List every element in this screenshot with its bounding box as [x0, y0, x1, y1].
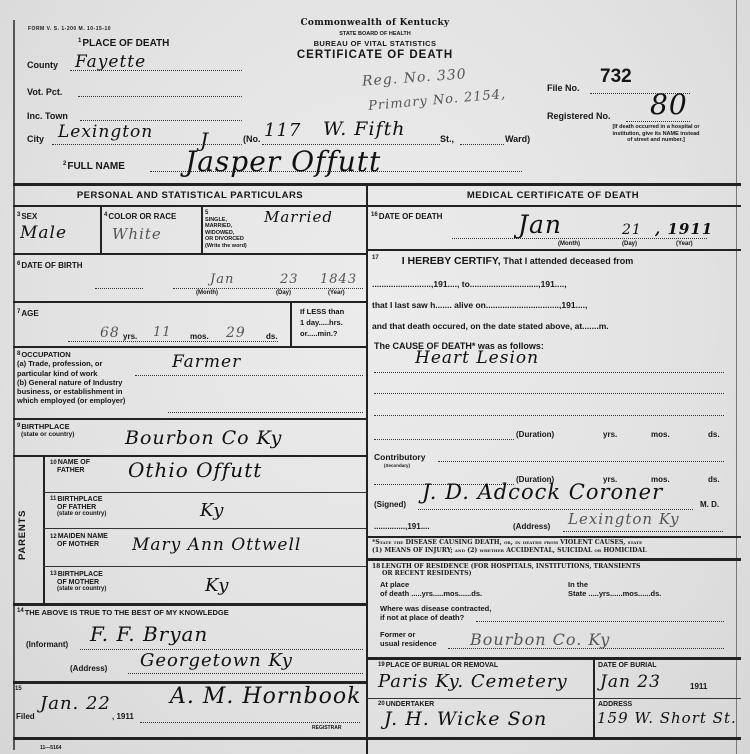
dob-day-label: (Day) — [276, 290, 291, 296]
place-of-death-heading: 1PLACE OF DEATH — [78, 38, 169, 49]
residence-title: 18LENGTH OF RESIDENCE (FOR HOSPITALS, IN… — [372, 563, 641, 577]
county-label: County — [27, 60, 58, 70]
parents-divider-2 — [43, 528, 366, 529]
registrar-label: REGISTRAR — [312, 725, 341, 731]
file-no-value: 732 — [600, 66, 632, 88]
contributory-label: Contributory — [374, 452, 425, 462]
informant-address-label: (Address) — [70, 664, 107, 673]
age-days: 29 — [226, 325, 246, 341]
informant-address-line — [128, 673, 363, 674]
bureau-title: BUREAU OF VITAL STATISTICS — [250, 39, 500, 48]
burial-row-divider — [366, 698, 741, 699]
contributory-line — [438, 461, 724, 462]
filed-num: 15 — [15, 686, 22, 692]
burial-place-value: Paris Ky. Cemetery — [378, 671, 568, 692]
less-than-box: If LESS than 1 day.....hrs. or.....min.? — [300, 306, 344, 339]
cause-line-3 — [374, 415, 724, 416]
dod-year: , 1911 — [655, 220, 713, 238]
father-birthplace-value: Ky — [200, 500, 224, 521]
marital-label: 5 SINGLE, MARRIED, WIDOWED, OR DIVORCED … — [205, 210, 247, 250]
parents-side-divider — [43, 455, 45, 603]
hospital-note: [If death occurred in a hospital or inst… — [612, 124, 700, 144]
board-title: STATE BOARD OF HEALTH — [250, 31, 500, 37]
cause-line-1 — [374, 372, 724, 373]
row-divider-3 — [13, 346, 366, 348]
mother-name-value: Mary Ann Ottwell — [132, 535, 301, 555]
duration-line — [374, 439, 514, 440]
burial-place-label: 19PLACE OF BURIAL OR REMOVAL — [378, 662, 498, 669]
registered-no-line — [626, 121, 690, 122]
personal-title-divider — [13, 205, 366, 207]
medical-divider-4 — [366, 657, 741, 660]
birthplace-label: 9BIRTHPLACE (state or country) — [17, 423, 74, 438]
color-label: 4COLOR OR RACE — [104, 212, 176, 221]
contracted-line — [476, 621, 724, 622]
parents-side-label: PARENTS — [17, 510, 28, 560]
color-divider — [201, 205, 203, 253]
former-value: Bourbon Co. Ky — [470, 630, 610, 649]
father-name-label: 10NAME OF FATHER — [50, 459, 90, 475]
dod-day: 21 — [622, 222, 642, 238]
duration-label: (Duration) — [516, 430, 554, 439]
informant-statement: 14THE ABOVE IS TRUE TO THE BEST OF MY KN… — [17, 608, 229, 617]
undertaker-label: 20UNDERTAKER — [378, 701, 434, 708]
residence-at-place: At place of death .....yrs.....mos......… — [380, 580, 482, 598]
center-divider — [366, 186, 368, 754]
full-name-value: Jasper Offutt — [185, 145, 381, 178]
bottom-divider — [13, 737, 741, 740]
county-value: Fayette — [75, 52, 146, 72]
street-no-label: (No. — [243, 134, 261, 144]
signed-label: (Signed) — [374, 500, 406, 509]
city-value: Lexington — [58, 122, 153, 142]
medical-divider-3 — [366, 558, 741, 561]
row-divider-2 — [13, 301, 366, 303]
file-no-label: File No. — [547, 83, 580, 93]
dod-line — [452, 238, 707, 239]
filed-date: Jan. 22 — [40, 693, 111, 714]
signed-address-label: (Address) — [513, 522, 550, 531]
birthplace-value: Bourbon Co Ky — [125, 427, 282, 449]
sex-label: 3SEX — [17, 212, 37, 221]
filed-year: , 1911 — [112, 712, 134, 721]
street-value: W. Fifth — [323, 118, 405, 140]
dod-year-label: (Year) — [676, 241, 693, 247]
age-yrs-label: yrs. — [123, 332, 137, 341]
informant-address-value: Georgetown Ky — [140, 650, 293, 671]
occupation-a-line — [135, 375, 363, 376]
age-ds-label: ds. — [266, 332, 278, 341]
color-value: White — [112, 225, 162, 243]
burial-date-label: DATE OF BURIAL — [598, 662, 657, 669]
street-no-value: 117 — [264, 120, 301, 141]
cause-footnote: *State the DISEASE CAUSING DEATH, or, in… — [372, 539, 647, 555]
ward-line — [460, 144, 504, 145]
undertaker-value: J. H. Wicke Son — [384, 708, 547, 730]
dob-year: 1843 — [320, 272, 357, 287]
primary-no: Primary No. 2154, — [368, 87, 507, 114]
residence-former: Former or usual residence — [380, 630, 437, 648]
dob-line-a — [95, 288, 143, 289]
occupation-b-line — [168, 412, 363, 413]
inc-town-label: Inc. Town — [27, 111, 68, 121]
signed-address-line — [563, 531, 723, 532]
age-divider — [290, 301, 292, 346]
burial-divider — [593, 660, 595, 740]
medical-divider-1 — [366, 249, 741, 251]
age-months: 11 — [153, 325, 172, 340]
dod-month-label: (Month) — [558, 241, 580, 247]
cause-line-2 — [374, 393, 724, 394]
mother-birthplace-value: Ky — [205, 575, 229, 596]
dob-day: 23 — [280, 272, 299, 287]
dod-label: 16DATE OF DEATH — [371, 212, 442, 221]
medical-title: MEDICAL CERTIFICATE OF DEATH — [368, 190, 738, 201]
commonwealth-title: Commonwealth of Kentucky — [250, 18, 500, 28]
ward-label: Ward) — [505, 134, 530, 144]
age-mos-label: mos. — [190, 332, 209, 341]
form-number: FORM V. S. 1-200 M. 10-15-10 — [28, 26, 111, 32]
st-label: St., — [440, 134, 454, 144]
death-certificate: FORM V. S. 1-200 M. 10-15-10 Commonwealt… — [0, 0, 750, 754]
age-label: 7AGE — [17, 309, 39, 318]
duration-yrs: yrs. — [603, 430, 617, 439]
certify-block: 17I HEREBY CERTIFY, That I attended dece… — [372, 255, 727, 331]
dob-month-label: (Month) — [196, 290, 218, 296]
registrar-signature: A. M. Hornbook — [170, 684, 361, 709]
registered-no-value: 80 — [650, 88, 688, 121]
informant-label: (Informant) — [26, 640, 68, 649]
informant-value: F. F. Bryan — [90, 622, 208, 646]
city-label: City — [27, 134, 44, 144]
sex-divider — [100, 205, 102, 253]
secondary-label: (Secondary) — [384, 463, 410, 468]
inc-town-line — [80, 120, 242, 121]
left-border — [13, 20, 15, 750]
father-name-value: Othio Offutt — [128, 458, 262, 482]
registrar-line — [140, 722, 360, 723]
row-divider-5 — [13, 455, 366, 457]
row-divider-1 — [13, 253, 366, 255]
parents-divider-1 — [43, 492, 366, 493]
reg-no: Reg. No. 330 — [362, 66, 468, 89]
certificate-title: CERTIFICATE OF DEATH — [250, 49, 500, 61]
mother-name-label: 12MAIDEN NAME OF MOTHER — [50, 533, 108, 549]
md-label: M. D. — [700, 500, 719, 509]
dob-line-b — [173, 288, 363, 289]
mother-birthplace-label: 13BIRTHPLACE OF MOTHER (state or country… — [50, 571, 106, 594]
footer-code: 11—5164 — [40, 745, 61, 751]
personal-title: PERSONAL AND STATISTICAL PARTICULARS — [14, 190, 366, 201]
sex-value: Male — [20, 223, 67, 243]
occupation-a-value: Farmer — [172, 352, 241, 372]
dob-month: Jan — [210, 272, 234, 287]
cause-value: Heart Lesion — [415, 348, 539, 368]
duration-ds-2: ds. — [708, 475, 720, 484]
header-block: Commonwealth of Kentucky STATE BOARD OF … — [250, 18, 500, 61]
burial-year: 1911 — [690, 682, 707, 691]
burial-address-value: 159 W. Short St. — [597, 709, 737, 727]
father-birthplace-label: 11BIRTHPLACE OF FATHER (state or country… — [50, 496, 106, 519]
residence-in-state: In the State .....yrs......mos......ds. — [568, 580, 661, 598]
row-divider-4 — [13, 418, 366, 420]
signed-date-line: ..............,191.... — [374, 522, 430, 531]
filed-label: Filed — [16, 712, 35, 721]
burial-date-value: Jan 23 — [600, 672, 661, 692]
header-divider — [13, 183, 741, 186]
dod-day-label: (Day) — [622, 241, 637, 247]
dob-label: 6DATE OF BIRTH — [17, 261, 83, 270]
dob-year-label: (Year) — [328, 290, 345, 296]
full-name-label: 2FULL NAME — [63, 161, 125, 172]
burial-address-label: ADDRESS — [598, 701, 632, 708]
vot-pct-line — [78, 96, 242, 97]
parents-divider-3 — [43, 566, 366, 567]
age-line — [68, 341, 278, 342]
dod-month: Jan — [518, 210, 562, 239]
registered-no-label: Registered No. — [547, 111, 611, 121]
vot-pct-label: Vot. Pct. — [27, 87, 62, 97]
signed-value: J. D. Adcock Coroner — [422, 480, 663, 504]
residence-contracted: Where was disease contracted, if not at … — [380, 604, 491, 622]
age-years: 68 — [100, 325, 120, 341]
right-page-edge — [736, 0, 737, 754]
medical-divider-2 — [366, 536, 741, 538]
marital-value: Married — [264, 208, 333, 226]
occupation-label: 8OCCUPATION (a) Trade, profession, or pa… — [17, 350, 125, 406]
row-divider-6 — [13, 603, 366, 606]
medical-title-divider — [366, 205, 741, 207]
duration-mos: mos. — [651, 430, 670, 439]
duration-ds: ds. — [708, 430, 720, 439]
signed-address-value: Lexington Ky — [568, 510, 680, 528]
